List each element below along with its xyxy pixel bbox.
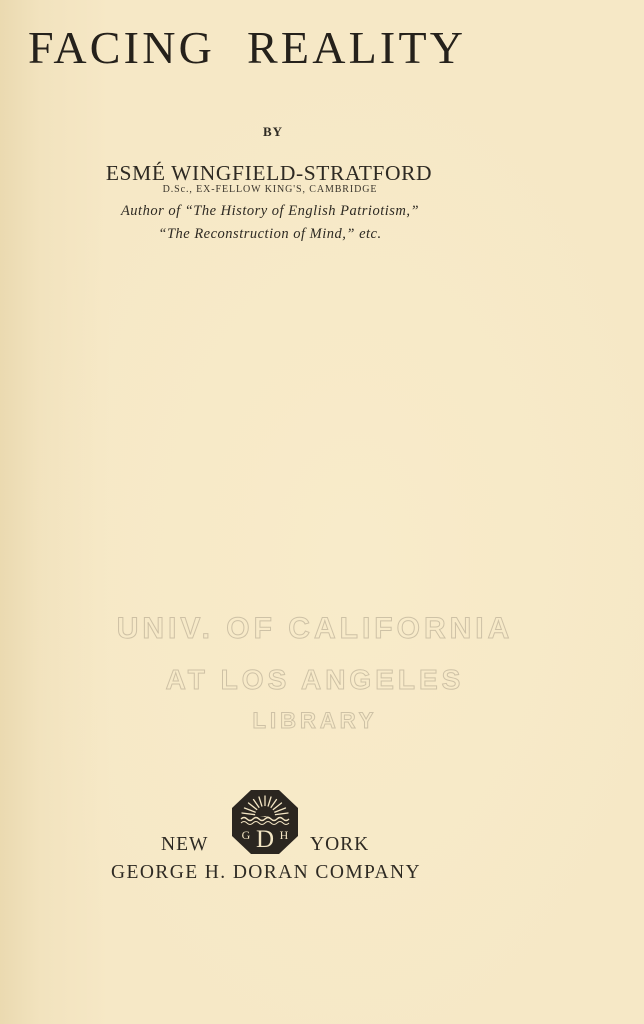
by-label: BY bbox=[0, 124, 546, 140]
library-stamp-line3: LIBRARY bbox=[253, 708, 378, 733]
city-word-york: YORK bbox=[310, 834, 369, 856]
author-credentials: D.Sc., EX-FELLOW KING'S, CAMBRIDGE bbox=[0, 184, 540, 195]
title-word-facing: FACING bbox=[28, 22, 215, 73]
publisher-company-name: GEORGE H. DORAN COMPANY bbox=[0, 862, 532, 884]
book-title: FACINGREALITY bbox=[28, 22, 516, 74]
city-word-new: NEW bbox=[161, 834, 208, 856]
library-stamp-line1: UNIV. OF CALIFORNIA bbox=[117, 612, 514, 645]
logo-letter-h: H bbox=[280, 828, 289, 842]
publisher-logo-icon: G D H bbox=[231, 789, 299, 855]
author-other-works-line2: “The Reconstruction of Mind,” etc. bbox=[0, 226, 540, 243]
logo-letter-d: D bbox=[256, 826, 274, 853]
logo-letter-g: G bbox=[242, 828, 251, 842]
library-stamp-line2: AT LOS ANGELES bbox=[166, 664, 465, 695]
publisher-imprint: NEW G D H YORK bbox=[0, 788, 644, 858]
title-word-reality: REALITY bbox=[247, 22, 466, 73]
author-name: ESMÉ WINGFIELD-STRATFORD bbox=[73, 160, 465, 186]
author-other-works-line1: Author of “The History of English Patrio… bbox=[0, 203, 540, 220]
